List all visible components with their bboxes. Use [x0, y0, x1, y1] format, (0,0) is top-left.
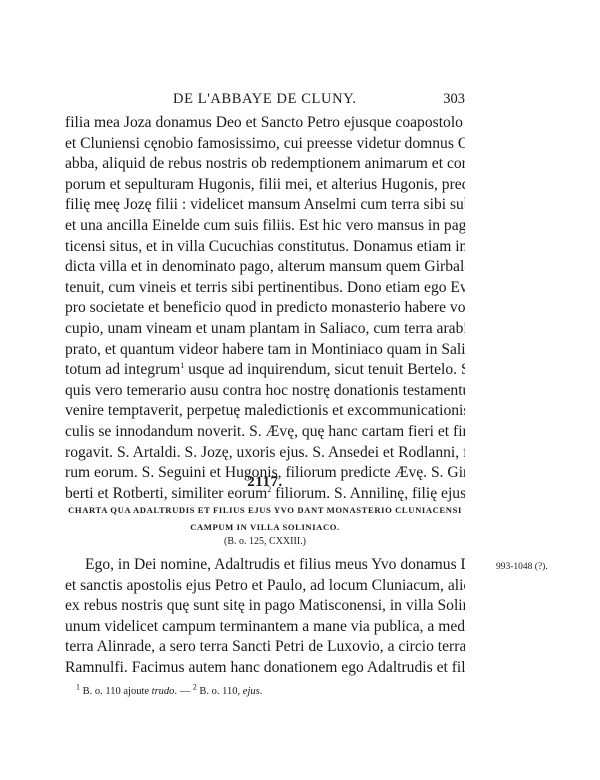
text-line: ex rebus nostris quę sunt sitę in pago M…: [65, 596, 465, 617]
text-line: porum et sepulturam Hugonis, filii mei, …: [65, 175, 465, 196]
continued-charter-text: filia mea Joza donamus Deo et Sancto Pet…: [65, 113, 465, 504]
text-line: filię meę Jozę filii : videlicet mansum …: [65, 195, 465, 216]
text-segment: totum ad integrum: [65, 361, 180, 378]
charter-source-reference: (B. o. 125, CXXIII.): [65, 536, 465, 547]
text-line: Ramnulfi. Facimus autem hanc donationem …: [65, 658, 465, 679]
document-page: DE L'ABBAYE DE CLUNY. 303 filia mea Joza…: [0, 0, 600, 780]
footnote-2-text: B. o. 110,: [197, 686, 243, 697]
text-line: dicta villa et in denominato pago, alter…: [65, 257, 465, 278]
text-line-with-footnote: totum ad integrum1 usque ad inquirendum,…: [65, 360, 465, 381]
page-number: 303: [443, 91, 465, 108]
running-title: DE L'ABBAYE DE CLUNY.: [173, 91, 357, 108]
text-line: tenuit, cum vineis et terris sibi pertin…: [65, 278, 465, 299]
footnotes: 1 B. o. 110 ajoute trudo. — 2 B. o. 110,…: [76, 686, 262, 697]
text-line: rogavit. S. Artaldi. S. Jozę, uxoris eju…: [65, 443, 465, 464]
footnote-1-text: B. o. 110 ajoute: [80, 686, 152, 697]
text-line: et sanctis apostolis ejus Petro et Paulo…: [65, 576, 465, 597]
footnote-1-italic: trudo: [152, 686, 175, 697]
charter-title: CHARTA QUA ADALTRUDIS ET FILIUS EJUS YVO…: [65, 502, 465, 536]
footnote-2-italic: ejus: [243, 686, 260, 697]
text-line: unum videlicet campum terminantem a mane…: [65, 617, 465, 638]
text-line: venire temptaverit, perpetuę malediction…: [65, 401, 465, 422]
charter-number: 2117.: [65, 474, 465, 491]
text-line: et Cluniensi cęnobio famosissimo, cui pr…: [65, 134, 465, 155]
text-line: culis se innodandum noverit. S. Ævę, quę…: [65, 422, 465, 443]
text-line: et una ancilla Einelde cum suis filiis. …: [65, 216, 465, 237]
text-line: prato, et quantum videor habere tam in M…: [65, 340, 465, 361]
text-line: quis vero temerario ausu contra hoc nost…: [65, 381, 465, 402]
text-line: pro societate et beneficio quod in predi…: [65, 298, 465, 319]
footnote-2-end: .: [260, 686, 263, 697]
text-line: abba, aliquid de rebus nostris ob redemp…: [65, 154, 465, 175]
text-line: Ego, in Dei nomine, Adaltrudis et filius…: [65, 555, 465, 576]
footnote-separator: . —: [174, 686, 192, 697]
charter-body-text: Ego, in Dei nomine, Adaltrudis et filius…: [65, 555, 465, 679]
text-line: filia mea Joza donamus Deo et Sancto Pet…: [65, 113, 465, 134]
charter-title-line: CHARTA QUA ADALTRUDIS ET FILIUS EJUS YVO…: [65, 502, 465, 519]
text-line: cupio, unam vineam et unam plantam in Sa…: [65, 319, 465, 340]
charter-title-line: CAMPUM IN VILLA SOLINIACO.: [65, 519, 465, 536]
text-segment: usque ad inquirendum, sicut tenuit Berte…: [184, 361, 465, 378]
margin-date: 993-1048 (?).: [496, 562, 548, 572]
text-line: terra Alinrade, a sero terra Sancti Petr…: [65, 637, 465, 658]
running-header: DE L'ABBAYE DE CLUNY. 303: [65, 91, 465, 109]
text-line: ticensi situs, et in villa Cucuchias con…: [65, 237, 465, 258]
